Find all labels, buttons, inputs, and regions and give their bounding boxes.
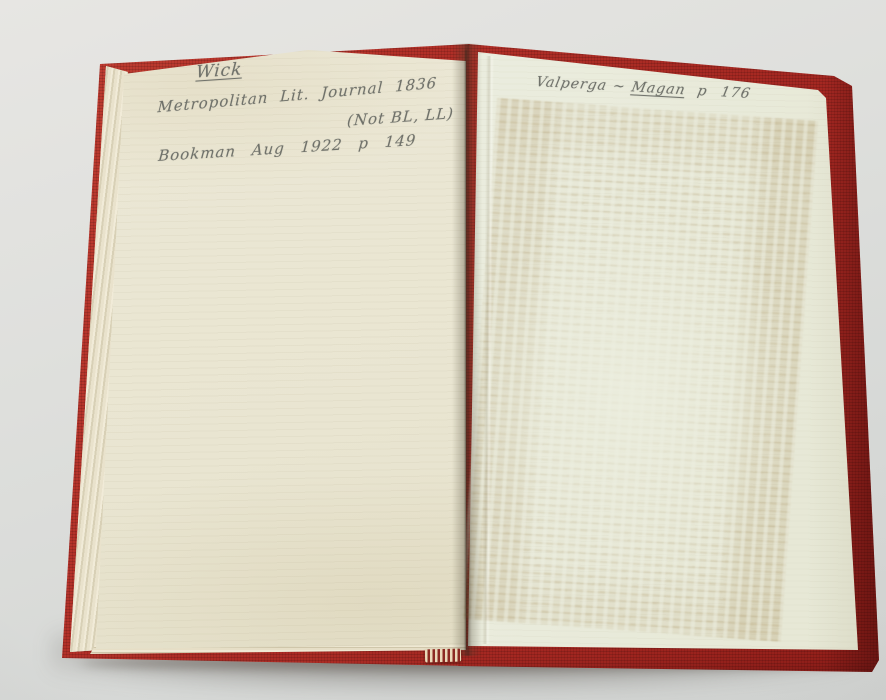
show-through-fade	[460, 98, 818, 642]
note-magan: Magan	[630, 79, 687, 98]
note-page-ref: p 176	[696, 83, 752, 102]
spine-tailband	[425, 649, 461, 663]
handwritten-note-title: Wick	[195, 59, 243, 82]
page-gutter	[452, 44, 482, 656]
gutter-shadow-line	[465, 50, 467, 650]
note-connector: ~	[611, 78, 627, 95]
book-photograph: Wick Metropolitan Lit. Journal 1836 (Not…	[0, 0, 886, 700]
